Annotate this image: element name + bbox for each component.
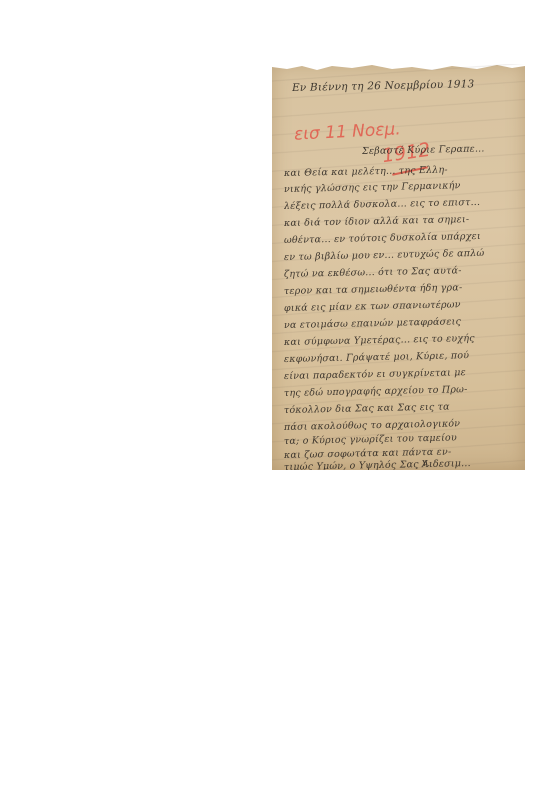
scanned-letter-page: Εν Βιέννη τη 26 Νοεμβρίου 1913 εισ 11 Νο… [272, 64, 525, 470]
